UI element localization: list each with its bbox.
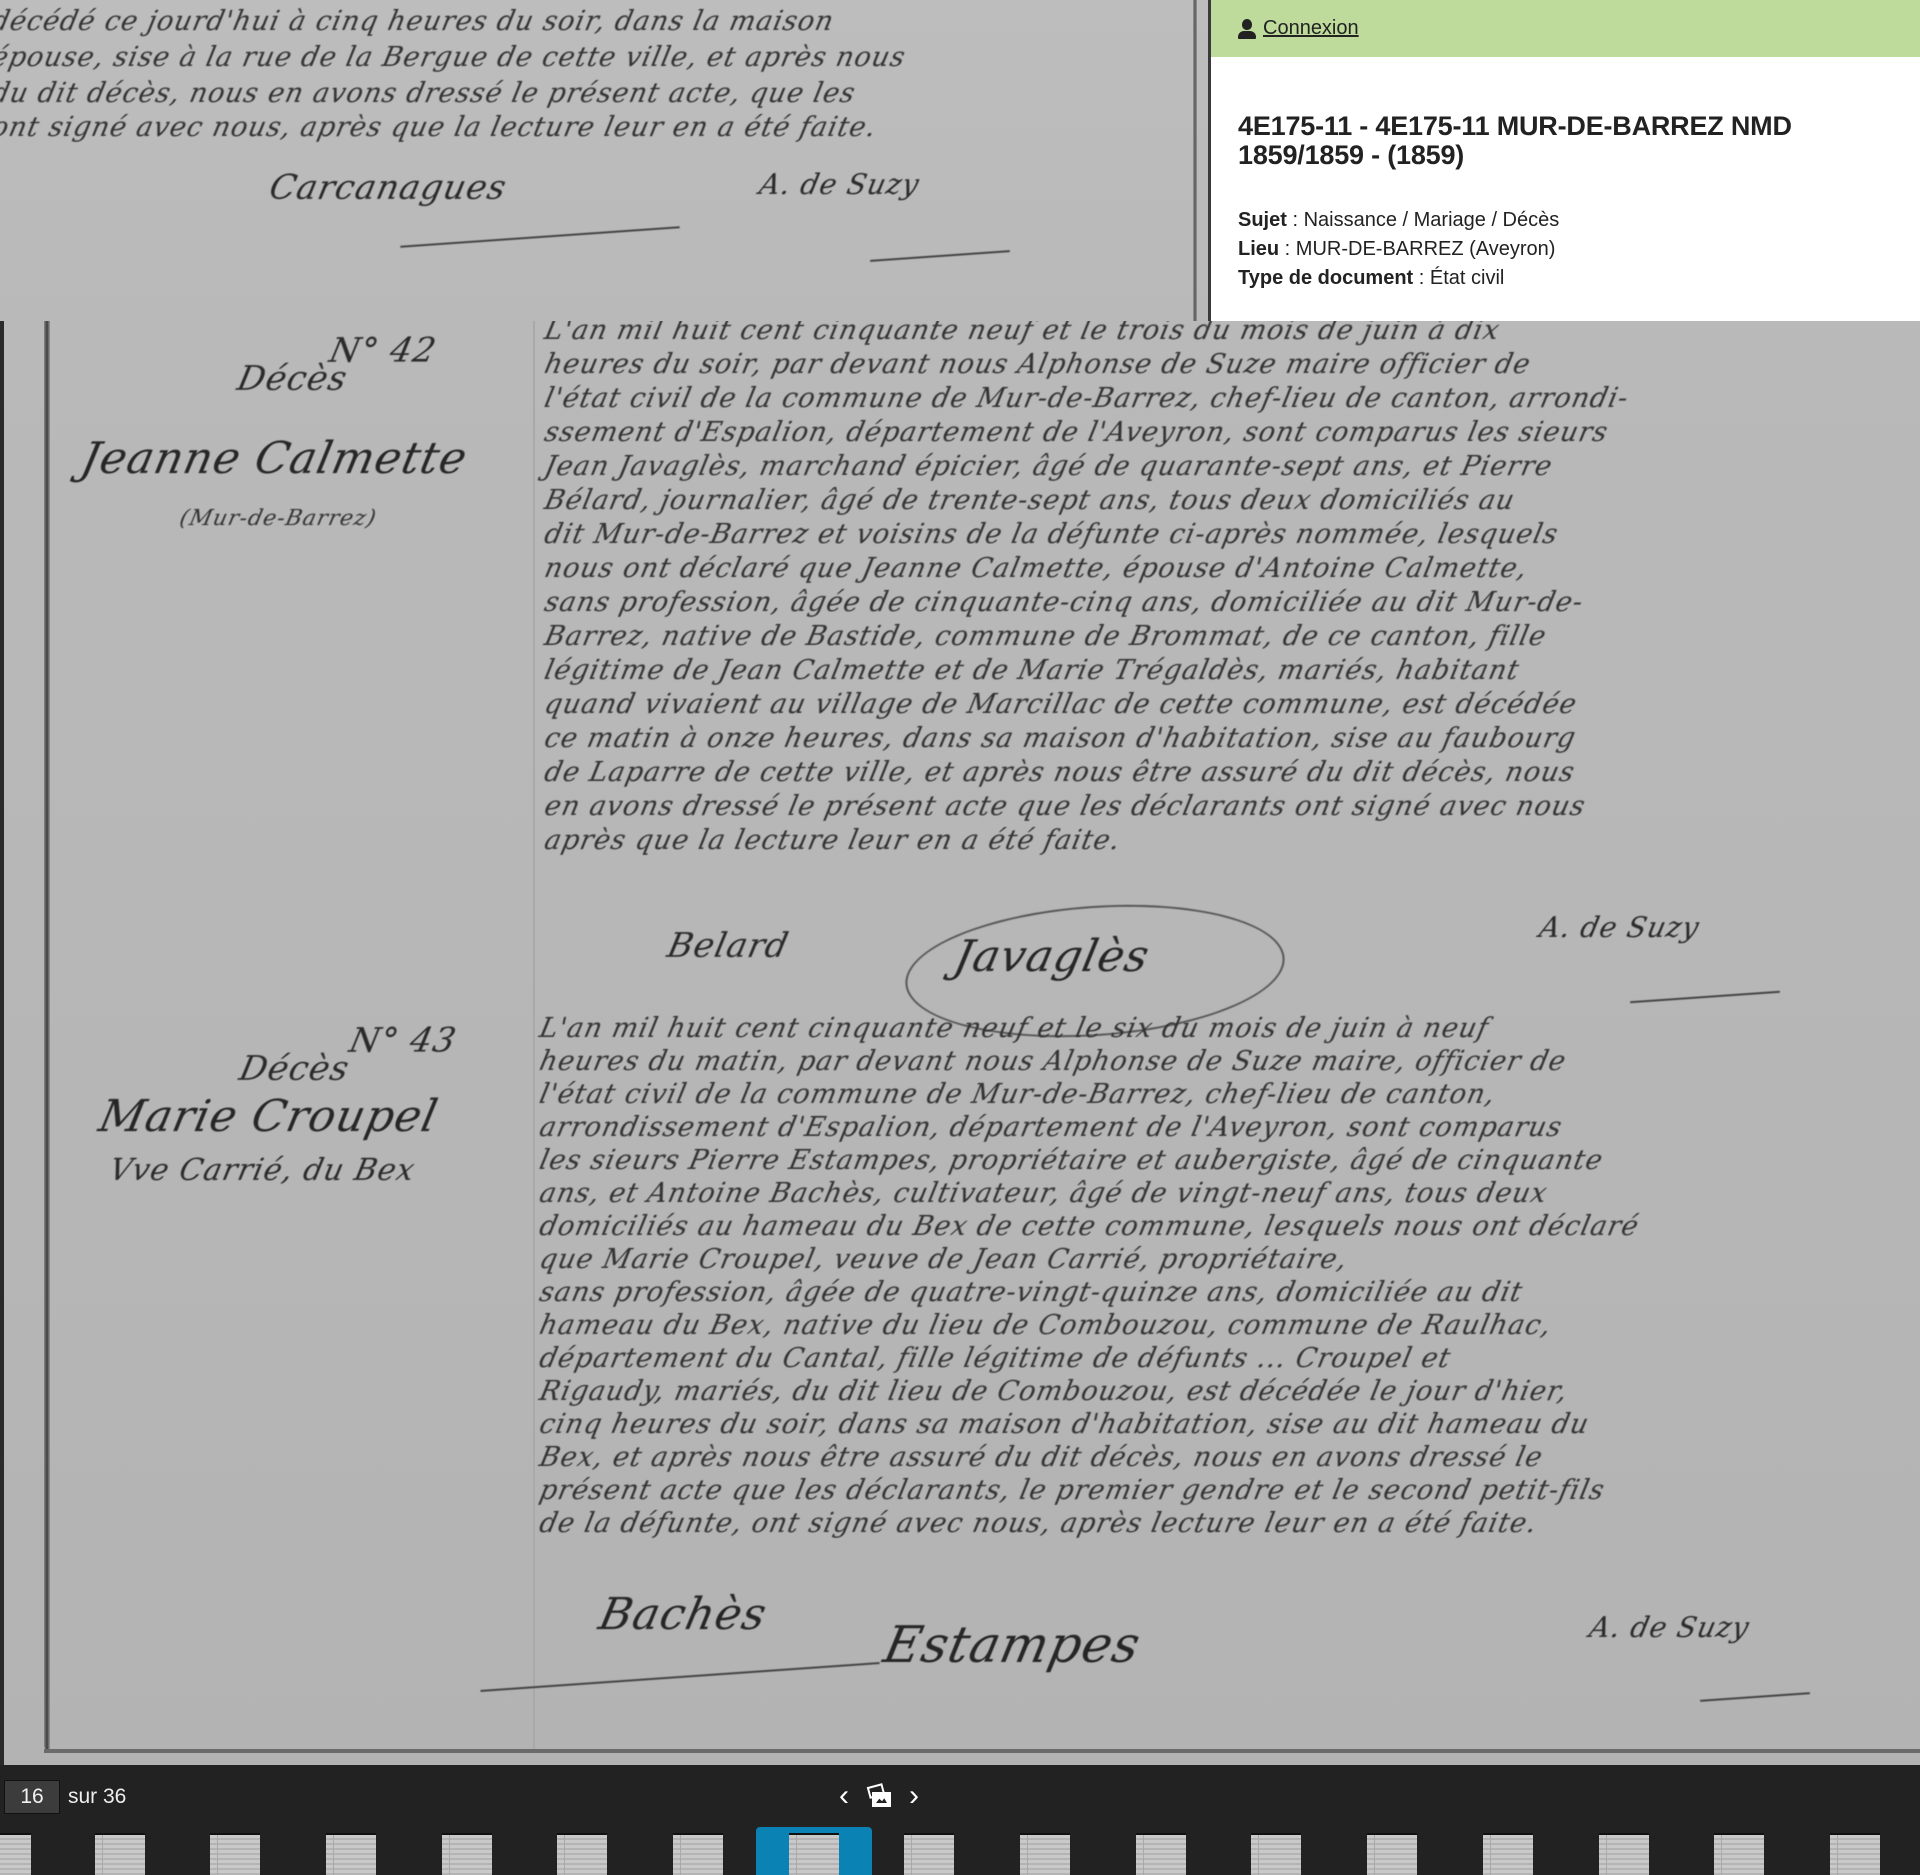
meta-separator: : bbox=[1287, 209, 1304, 231]
handwriting-line: Bélard, journalier, âgé de trente-sept a… bbox=[542, 485, 1518, 516]
handwriting-line: heures du matin, par devant nous Alphons… bbox=[537, 1046, 1570, 1077]
handwriting-line: quand vivaient au village de Marcillac d… bbox=[542, 689, 1580, 720]
handwriting-line: sans profession, âgée de cinquante-cinq … bbox=[542, 587, 1587, 618]
meta-value: Naissance / Mariage / Décès bbox=[1304, 209, 1560, 231]
thumbnail[interactable] bbox=[326, 1833, 376, 1875]
record-info-panel: Connexion 4E175-11 - 4E175-11 MUR-DE-BAR… bbox=[1208, 0, 1920, 321]
handwriting-line: arrondissement d'Espalion, département d… bbox=[537, 1112, 1566, 1143]
thumbnail[interactable] bbox=[673, 1833, 723, 1875]
meta-row-place: Lieu : MUR-DE-BARREZ (Aveyron) bbox=[1238, 235, 1893, 264]
handwriting-line: ont signé avec nous, après que la lectur… bbox=[0, 112, 880, 143]
meta-row-doctype: Type de document : État civil bbox=[1238, 264, 1893, 293]
handwriting-line: L'an mil huit cent cinquante neuf et le … bbox=[537, 1013, 1492, 1044]
login-link[interactable]: Connexion bbox=[1238, 17, 1359, 40]
signature-flourish bbox=[870, 250, 1010, 262]
signature-flourish bbox=[1630, 991, 1780, 1003]
thumbnail[interactable] bbox=[1599, 1833, 1649, 1875]
handwriting-line: après que la lecture leur en a été faite… bbox=[542, 825, 1124, 856]
thumbnail[interactable] bbox=[1251, 1833, 1301, 1875]
record-title-line1: 4E175-11 - 4E175-11 MUR-DE-BARREZ NMD bbox=[1238, 111, 1792, 141]
signature-flourish bbox=[400, 226, 679, 248]
signature: Carcanagues bbox=[266, 168, 511, 208]
page-navigation: ‹ › bbox=[832, 1777, 926, 1815]
thumbnail[interactable] bbox=[1136, 1833, 1186, 1875]
signature-flourish bbox=[1700, 1692, 1810, 1702]
signature: A. de Suzy bbox=[756, 168, 922, 201]
handwriting-line: Rigaudy, mariés, du dit lieu de Combouzo… bbox=[537, 1376, 1571, 1407]
thumbnail[interactable] bbox=[1483, 1833, 1533, 1875]
viewer-toolbar: sur 36 ‹ › bbox=[0, 1765, 1920, 1875]
thumbnail[interactable] bbox=[1020, 1833, 1070, 1875]
handwriting-line: domiciliés au hameau du Bex de cette com… bbox=[537, 1211, 1642, 1242]
signature: A. de Suzy bbox=[1586, 1611, 1752, 1644]
page-bottom-edge bbox=[44, 1749, 1920, 1753]
handwriting-line: hameau du Bex, native du lieu de Combouz… bbox=[537, 1310, 1555, 1341]
handwriting-line: ans, et Antoine Bachès, cultivateur, âgé… bbox=[537, 1178, 1551, 1209]
meta-separator: : bbox=[1279, 238, 1296, 260]
record-title: 4E175-11 - 4E175-11 MUR-DE-BARREZ NMD 18… bbox=[1238, 112, 1893, 170]
meta-label: Type de document bbox=[1238, 267, 1413, 289]
margin-entry-name: Jeanne Calmette bbox=[77, 433, 473, 484]
handwriting-line: ce matin à onze heures, dans sa maison d… bbox=[542, 723, 1579, 754]
page-binding-edge bbox=[44, 321, 50, 1751]
handwriting-line: Bex, et après nous être assuré du dit dé… bbox=[537, 1442, 1546, 1473]
thumbnail[interactable] bbox=[1714, 1833, 1764, 1875]
handwriting-line: dit Mur-de-Barrez et voisins de la défun… bbox=[542, 519, 1562, 550]
handwriting-line: de la défunte, ont signé avec nous, aprè… bbox=[537, 1508, 1540, 1539]
signature-flourish bbox=[480, 1662, 879, 1692]
handwriting-line: décédé ce jourd'hui à cinq heures du soi… bbox=[0, 6, 837, 37]
handwriting-line: nous ont déclaré que Jeanne Calmette, ép… bbox=[542, 553, 1531, 584]
handwriting-line: Barrez, native de Bastide, commune de Br… bbox=[542, 621, 1550, 652]
meta-value: État civil bbox=[1430, 267, 1504, 289]
handwriting-line: L'an mil huit cent cinquante neuf et le … bbox=[542, 321, 1503, 346]
signature: Javaglès bbox=[950, 931, 1155, 982]
login-label: Connexion bbox=[1263, 17, 1359, 40]
handwriting-line: de Laparre de cette ville, et après nous… bbox=[542, 757, 1578, 788]
margin-entry-place: (Mur-de-Barrez) bbox=[177, 506, 379, 531]
page-edge bbox=[1193, 0, 1197, 321]
thumbnail-active[interactable] bbox=[789, 1833, 839, 1875]
handwriting-line: Jean Javaglès, marchand épicier, âgé de … bbox=[542, 451, 1556, 482]
meta-label: Sujet bbox=[1238, 209, 1287, 231]
handwriting-line: les sieurs Pierre Estampes, propriétaire… bbox=[537, 1145, 1606, 1176]
meta-value: MUR-DE-BARREZ (Aveyron) bbox=[1296, 238, 1556, 260]
meta-row-subject: Sujet : Naissance / Mariage / Décès bbox=[1238, 206, 1893, 235]
handwriting-line: légitime de Jean Calmette et de Marie Tr… bbox=[542, 655, 1523, 686]
handwriting-line: épouse, sise à la rue de la Bergue de ce… bbox=[0, 42, 909, 73]
handwriting-line: que Marie Croupel, veuve de Jean Carrié,… bbox=[537, 1244, 1351, 1275]
signature: Belard bbox=[664, 926, 793, 966]
thumbnail[interactable] bbox=[210, 1833, 260, 1875]
signature: Bachès bbox=[595, 1589, 772, 1640]
handwriting-line: sans profession, âgée de quatre-vingt-qu… bbox=[537, 1277, 1526, 1308]
thumbnail[interactable] bbox=[557, 1833, 607, 1875]
margin-entry-note: Vve Carrié, du Bex bbox=[106, 1153, 418, 1188]
meta-separator: : bbox=[1413, 267, 1430, 289]
handwriting-line: présent acte que les déclarants, le prem… bbox=[537, 1475, 1608, 1506]
panel-header: Connexion bbox=[1211, 0, 1920, 57]
signature: A. de Suzy bbox=[1536, 911, 1702, 944]
handwriting-line: du dit décès, nous en avons dressé le pr… bbox=[0, 78, 859, 109]
thumbnail[interactable] bbox=[95, 1833, 145, 1875]
chevron-left-icon[interactable]: ‹ bbox=[832, 1777, 856, 1815]
handwriting-line: l'état civil de la commune de Mur-de-Bar… bbox=[537, 1079, 1499, 1110]
user-icon bbox=[1238, 19, 1256, 39]
handwriting-line: l'état civil de la commune de Mur-de-Bar… bbox=[542, 383, 1632, 414]
thumbnail[interactable] bbox=[1830, 1833, 1880, 1875]
handwriting-line: ssement d'Espalion, département de l'Ave… bbox=[542, 417, 1611, 448]
margin-entry-type: Décès bbox=[234, 359, 352, 399]
thumbnail[interactable] bbox=[442, 1833, 492, 1875]
margin-entry-name: Marie Croupel bbox=[95, 1091, 443, 1142]
page-total-label: sur 36 bbox=[68, 1785, 126, 1809]
panel-body: 4E175-11 - 4E175-11 MUR-DE-BARREZ NMD 18… bbox=[1211, 57, 1920, 293]
thumbnail[interactable] bbox=[1367, 1833, 1417, 1875]
record-title-line2: 1859/1859 - (1859) bbox=[1238, 140, 1464, 170]
handwriting-line: cinq heures du soir, dans sa maison d'ha… bbox=[537, 1409, 1592, 1440]
handwriting-line: heures du soir, par devant nous Alphonse… bbox=[542, 349, 1534, 380]
chevron-right-icon[interactable]: › bbox=[902, 1777, 926, 1815]
margin-rule bbox=[533, 321, 535, 1751]
thumbnail-strip[interactable] bbox=[0, 1827, 1920, 1875]
thumbnail[interactable] bbox=[0, 1833, 31, 1875]
handwriting-line: en avons dressé le présent acte que les … bbox=[542, 791, 1589, 822]
record-metadata: Sujet : Naissance / Mariage / Décès Lieu… bbox=[1238, 206, 1893, 293]
margin-entry-type: Décès bbox=[236, 1049, 354, 1089]
margin-entry-number: N° 43 bbox=[346, 1021, 460, 1061]
handwriting-line: département du Cantal, fille légitime de… bbox=[537, 1343, 1454, 1374]
gallery-icon[interactable] bbox=[866, 1783, 892, 1809]
page-border bbox=[0, 321, 4, 1765]
signature: Estampes bbox=[879, 1616, 1146, 1674]
document-image-upper[interactable]: décédé ce jourd'hui à cinq heures du soi… bbox=[0, 0, 1208, 321]
document-image-main[interactable]: N° 42 Décès Jeanne Calmette (Mur-de-Barr… bbox=[0, 321, 1920, 1765]
meta-label: Lieu bbox=[1238, 238, 1279, 260]
page-number-input[interactable] bbox=[4, 1780, 60, 1814]
thumbnail[interactable] bbox=[904, 1833, 954, 1875]
